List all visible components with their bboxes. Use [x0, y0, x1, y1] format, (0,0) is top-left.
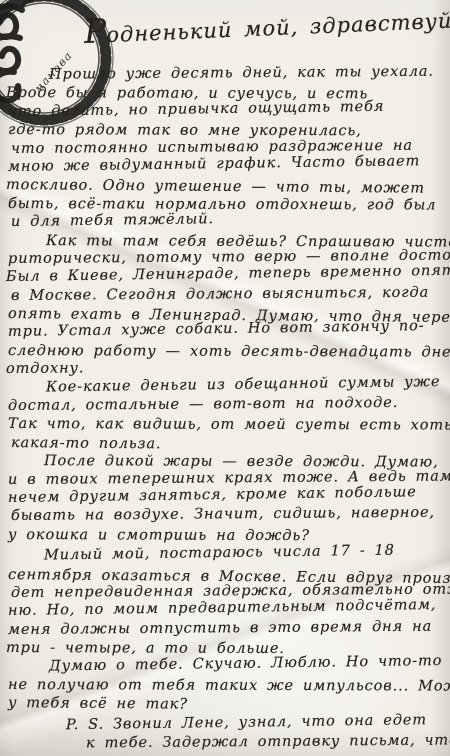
- letter-body: Прошло уже десять дней, как ты уехала. В…: [8, 66, 450, 753]
- letter-line: не получаю от тебя таких же импульсов...…: [8, 676, 450, 696]
- letter-greeting: Родненький мой, здравствуй !: [83, 0, 434, 51]
- letter-page: манова Родненький мой, здравствуй ! Прош…: [0, 0, 450, 756]
- letter-line: достал, остальные — вот-вот на подходе.: [8, 394, 450, 416]
- letter-line: меня должны отпустить в это время дня на: [8, 617, 450, 639]
- letter-line: Прошло уже десять дней, как ты уехала.: [11, 63, 450, 85]
- letter-line: в Москве. Сегодня должно выясниться, ког…: [11, 283, 450, 305]
- letter-line: Так что, как видишь, от моей суеты есть …: [8, 415, 450, 435]
- letter-line-postscript: к тебе. Задержал отправку письма, чтобы: [6, 732, 450, 754]
- letter-line: бывать на воздухе. Значит, сидишь, навер…: [11, 504, 450, 526]
- letter-line: Милый мой, постараюсь числа 17 - 18: [6, 541, 450, 566]
